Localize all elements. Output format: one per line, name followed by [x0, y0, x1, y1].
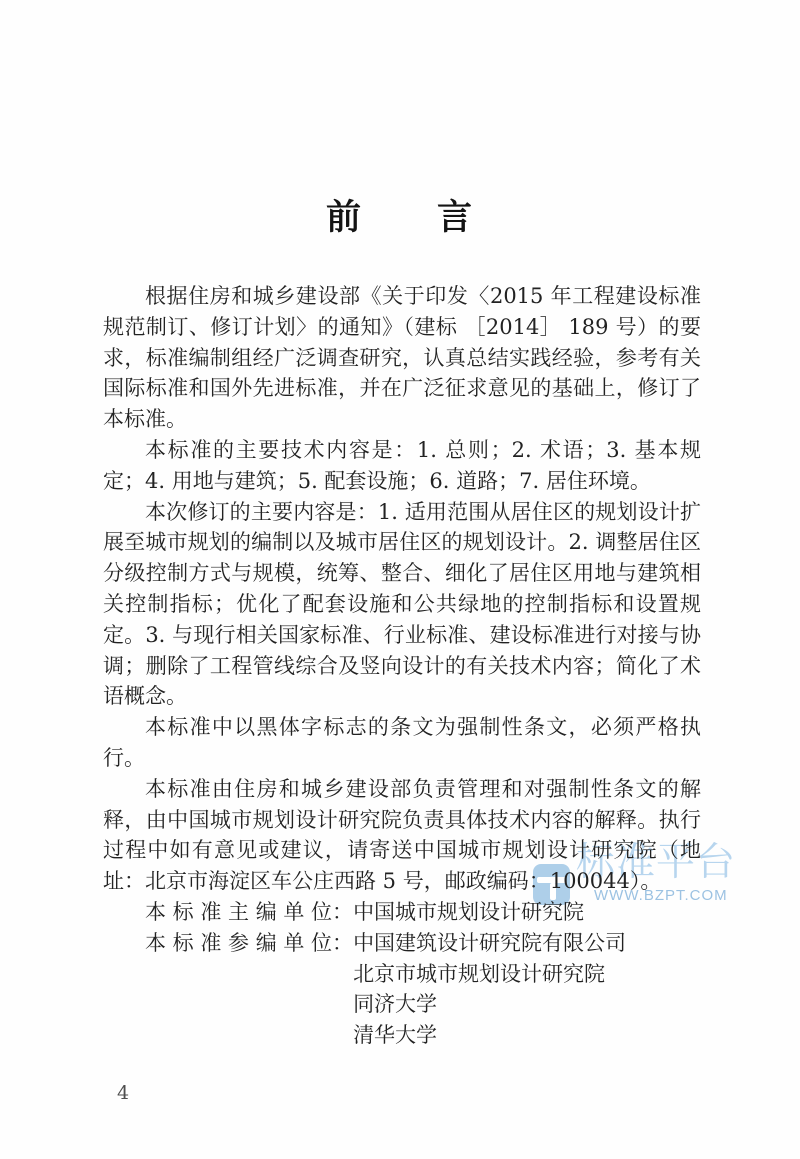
preface-paragraph-revisions: 本次修订的主要内容是：1. 适用范围从居住区的规划设计扩展至城市规划的编制以及城… [103, 497, 701, 713]
chief-editor-row: 本 标 准 主 编 单 位： 中国城市规划设计研究院 [145, 897, 701, 928]
participating-editor-unit: 清华大学 [353, 1020, 701, 1051]
participating-editor-label: 本 标 准 参 编 单 位： [145, 928, 353, 959]
page-title: 前 言 [0, 190, 800, 240]
preface-paragraph-administration: 本标准由住房和城乡建设部负责管理和对强制性条文的解释，由中国城市规划设计研究院负… [103, 774, 701, 897]
participating-editor-unit: 北京市城市规划设计研究院 [353, 959, 701, 990]
page-number: 4 [117, 1082, 129, 1104]
participating-editor-units: 中国建筑设计研究院有限公司 北京市城市规划设计研究院 同济大学 清华大学 [353, 928, 701, 1051]
preface-paragraph-contents: 本标准的主要技术内容是：1. 总则；2. 术语；3. 基本规定；4. 用地与建筑… [103, 435, 701, 497]
preface-paragraph-basis: 根据住房和城乡建设部《关于印发〈2015 年工程建设标准规范制订、修订计划〉的通… [103, 281, 701, 435]
participating-editor-unit: 同济大学 [353, 989, 701, 1020]
chief-editor-unit: 中国城市规划设计研究院 [353, 897, 701, 928]
preface-paragraph-mandatory-clauses: 本标准中以黑体字标志的条文为强制性条文，必须严格执行。 [103, 712, 701, 774]
chief-editor-label: 本 标 准 主 编 单 位： [145, 897, 353, 928]
participating-editor-row: 本 标 准 参 编 单 位： 中国建筑设计研究院有限公司 北京市城市规划设计研究… [145, 928, 701, 1051]
preface-body: 根据住房和城乡建设部《关于印发〈2015 年工程建设标准规范制订、修订计划〉的通… [103, 281, 701, 1051]
document-page: 前 言 标准平台 WWW.BZPT.COM 根据住房和城乡建设部《关于印发〈20… [0, 0, 800, 1159]
chief-editor-units: 中国城市规划设计研究院 [353, 897, 701, 928]
participating-editor-unit: 中国建筑设计研究院有限公司 [353, 928, 701, 959]
